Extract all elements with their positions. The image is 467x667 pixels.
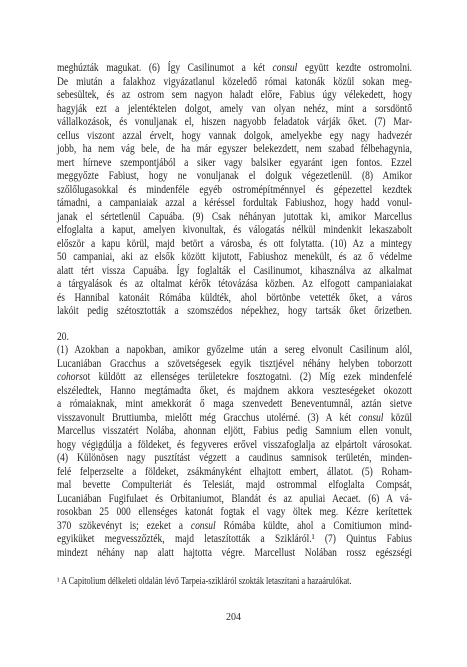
text-line: 50 campaniai, aki az elsők között kijuto…	[57, 251, 412, 265]
text-line: Lucaniában Gracchus a szövetségesek egyi…	[57, 358, 412, 372]
text-line: és Hannibal katonáit Rómába küldték, aho…	[57, 292, 412, 306]
text-line: egyiküket megvesszőzték, majd letaszítot…	[57, 533, 412, 547]
text-line: először a kapu körül, majd betört a váro…	[57, 238, 412, 252]
text-line: meghúzták magukat. (6) Így Casilinumot a…	[57, 62, 412, 76]
text-line: visszavonult Bruttiumba, mielőtt még Gra…	[57, 412, 412, 426]
text-line: (1) Azokban a napokban, amikor győzelme …	[57, 344, 412, 358]
text-line: meggyőzte Fabiust, hogy ne vonuljanak el…	[57, 170, 412, 184]
text-line: vállalkozások, és vonuljanak el, hiszen …	[57, 116, 412, 130]
footnote: ¹ A Capitolium délkeleti oldalán lévő Ta…	[57, 576, 412, 588]
text-line: (4) Különösen nagy pusztítást végzett a …	[57, 452, 412, 466]
text-line: mindezt néhány nap alatt hajtotta végre.…	[57, 547, 412, 561]
text-line: a rómaiaknak, mint amekkorát ő maga szen…	[57, 398, 412, 412]
text-line: jobb, ha nem vág bele, de ha már egyszer…	[57, 143, 412, 157]
text-block: meghúzták magukat. (6) Így Casilinumot a…	[57, 62, 412, 588]
text-line: alatt tért vissza Capuába. Így foglalták…	[57, 265, 412, 279]
text-line: mal bevette Compulteriát és Telesiát, ma…	[57, 479, 412, 493]
text-line: támadni, a campaniaiak azzal a kéréssel …	[57, 197, 412, 211]
text-line: janak el sértetlenül Capuába. (9) Csak n…	[57, 211, 412, 225]
text-line: cellus viszont azzal érvelt, hogy vannak…	[57, 130, 412, 144]
text-line: elszéledtek, Hanno megtámadta őket, és m…	[57, 385, 412, 399]
text-line: De miután a falakhoz vigyázatlanul közel…	[57, 76, 412, 90]
text-line: hagyják ezt a jelentéktelen dolgot, amel…	[57, 103, 412, 117]
text-line: hogy végigdúlja a földeket, és fegyveres…	[57, 439, 412, 453]
text-line: Marcellus visszatért Nolába, ahonnan elj…	[57, 425, 412, 439]
chapter-20-number: 20.	[57, 331, 412, 345]
text-line: elfoglalta a kaput, amelyen kivonultak, …	[57, 224, 412, 238]
text-line: szőlőlugasokkal és mindenféle egyéb ostr…	[57, 184, 412, 198]
text-line: Lucaniában Fugifulaet és Orbitaniumot, B…	[57, 493, 412, 507]
text-line: a tárgyalások és az oltalmat kérők tétov…	[57, 278, 412, 292]
book-page: meghúzták magukat. (6) Így Casilinumot a…	[0, 0, 467, 667]
text-line: sebesültek, és az ostrom sem nagyon hala…	[57, 89, 412, 103]
text-line: cohorsot küldött az ellenséges területek…	[57, 371, 412, 385]
text-line: mert hírneve szempontjából a siker vagy …	[57, 157, 412, 171]
page-number: 204	[0, 612, 467, 623]
text-line: rosokban 25 000 ellenséges katonát fogta…	[57, 506, 412, 520]
text-line: 370 szökevényt is; ezeket a consul Rómáb…	[57, 520, 412, 534]
text-line: lakóit pedig szétosztották a szomszédos …	[57, 305, 412, 319]
text-line: felé felperzselte a földeket, zsákmányké…	[57, 466, 412, 480]
